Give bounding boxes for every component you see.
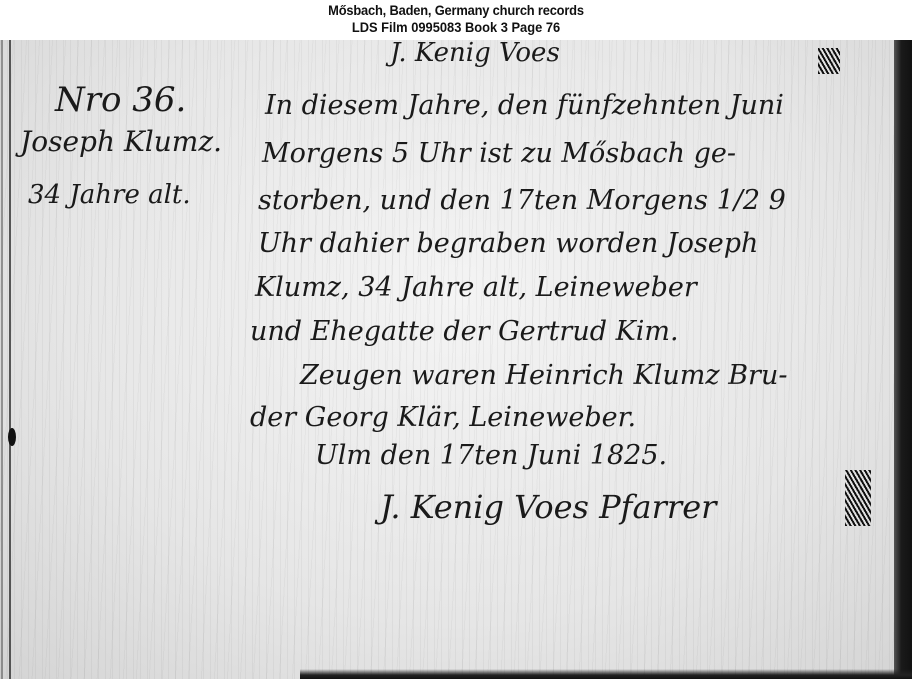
ink-scribble-top (818, 48, 840, 74)
record-line-5: Klumz, 34 Jahre alt, Leineweber (255, 272, 697, 303)
record-line-6: und Ehegatte der Gertrud Kim. (250, 316, 679, 347)
margin-age: 34 Jahre alt. (28, 180, 191, 210)
record-line-2: Morgens 5 Uhr ist zu Mősbach ge- (262, 138, 736, 169)
scan-bottom-border (300, 669, 912, 679)
top-signature: J. Kenig Voes (390, 38, 560, 68)
record-line-8: der Georg Klär, Leineweber. (250, 402, 636, 433)
record-line-9: Ulm den 17ten Juni 1825. (315, 440, 667, 471)
page-header: Mősbach, Baden, Germany church records L… (0, 0, 912, 40)
record-line-3: storben, und den 17ten Morgens 1/2 9 (258, 185, 786, 216)
ink-scribble-signature (845, 470, 871, 526)
page-edge-line (1, 40, 3, 679)
pastor-signature: J. Kenig Voes Pfarrer (380, 488, 716, 526)
record-line-4: Uhr dahier begraben worden Joseph (258, 228, 758, 259)
record-title: Mősbach, Baden, Germany church records (36, 2, 875, 18)
film-reference: LDS Film 0995083 Book 3 Page 76 (36, 19, 875, 35)
ink-blot (8, 428, 16, 446)
scan-right-border (894, 40, 912, 679)
entry-number: Nro 36. (55, 80, 186, 120)
record-line-7: Zeugen waren Heinrich Klumz Bru- (300, 360, 787, 391)
record-line-1: In diesem Jahre, den fünfzehnten Juni (265, 90, 784, 121)
margin-name: Joseph Klumz. (20, 125, 222, 158)
margin-rule (9, 40, 11, 679)
